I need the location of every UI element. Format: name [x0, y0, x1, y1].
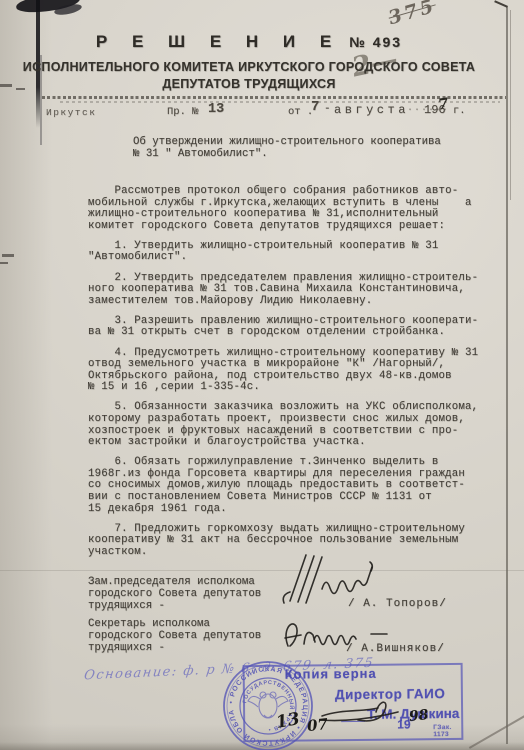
right-page-edge-line: [506, 6, 508, 744]
paragraph-item-4: 4. Предусмотреть жилищно-строительному к…: [88, 348, 488, 394]
stamp-order-number: ГЗак. 1173: [433, 724, 461, 738]
paper-crease: [0, 570, 524, 571]
stamp-handwritten-month: 07: [306, 715, 329, 735]
meta-date-month: августа: [334, 103, 409, 117]
document-title: Р Е Ш Е Н И Е: [96, 32, 341, 51]
org-name-line1: ИСПОЛНИТЕЛЬНОГО КОМИТЕТА ИРКУТСКОГО ГОРО…: [14, 60, 484, 74]
director-ink-signature: [318, 696, 410, 724]
meta-protocol-label: Пр. №: [167, 106, 199, 118]
meta-year-suffix: г.: [453, 105, 466, 117]
paragraph-item-2: 2. Утвердить председателем правления жил…: [88, 273, 488, 308]
right-page-edge-line-faint: [510, 10, 511, 200]
paragraph-item-3: 3. Разрешить правлению жилищно-строитель…: [88, 316, 488, 339]
signature-title-secretary: Секретарь исполкома городского Совета де…: [88, 619, 261, 654]
left-edge-mark: [2, 254, 14, 257]
org-name-line2: ДЕПУТАТОВ ТРУДЯЩИХСЯ: [14, 77, 484, 91]
stamp-handwritten-day: 13: [274, 709, 301, 733]
paragraph-item-1: 1. Утвердить жилищно-строительный коопер…: [88, 241, 488, 264]
pencil-archival-number: 375: [386, 0, 439, 29]
document-number: № 493: [349, 34, 402, 50]
document-title-line: Р Е Ш Е Н И Е№ 493: [14, 32, 484, 52]
scanned-document-page: 375 2— Р Е Ш Е Н И Е№ 493 ИСПОЛНИТЕЛЬНОГ…: [0, 0, 524, 750]
subject-block: Об утверждении жилищно-строительного коо…: [133, 137, 441, 161]
paragraph-intro: Рассмотрев протокол общего собрания рабо…: [88, 186, 488, 232]
meta-date-separator: -: [324, 103, 331, 115]
right-corner-mark: [494, 0, 508, 8]
paragraph-item-6: 6. Обязать горжилуправление т.Зинченко в…: [88, 457, 488, 515]
meta-date-from: от .: [288, 106, 313, 118]
left-edge-mark: [0, 262, 8, 264]
stamp-handwritten-year: 98: [408, 707, 429, 725]
signature-title-deputy-chairman: Зам.председателя исполкома городского Со…: [88, 577, 261, 612]
stamp-copy-correct-label: Копия верна: [285, 666, 377, 682]
toporov-ink-signature: [282, 549, 382, 607]
vishnyakov-ink-signature: [278, 617, 390, 651]
paragraph-item-5: 5. Обязанности заказчика возложить на УК…: [88, 402, 488, 448]
body-text-column: Рассмотрев протокол общего собрания рабо…: [88, 186, 488, 567]
document-header: Р Е Ш Е Н И Е№ 493 ИСПОЛНИТЕЛЬНОГО КОМИТ…: [14, 32, 484, 91]
left-edge-mark: [0, 84, 12, 87]
meta-date-day: 7: [311, 99, 319, 115]
meta-protocol-number: 13: [208, 102, 224, 117]
meta-city: Иркутск: [46, 107, 96, 118]
